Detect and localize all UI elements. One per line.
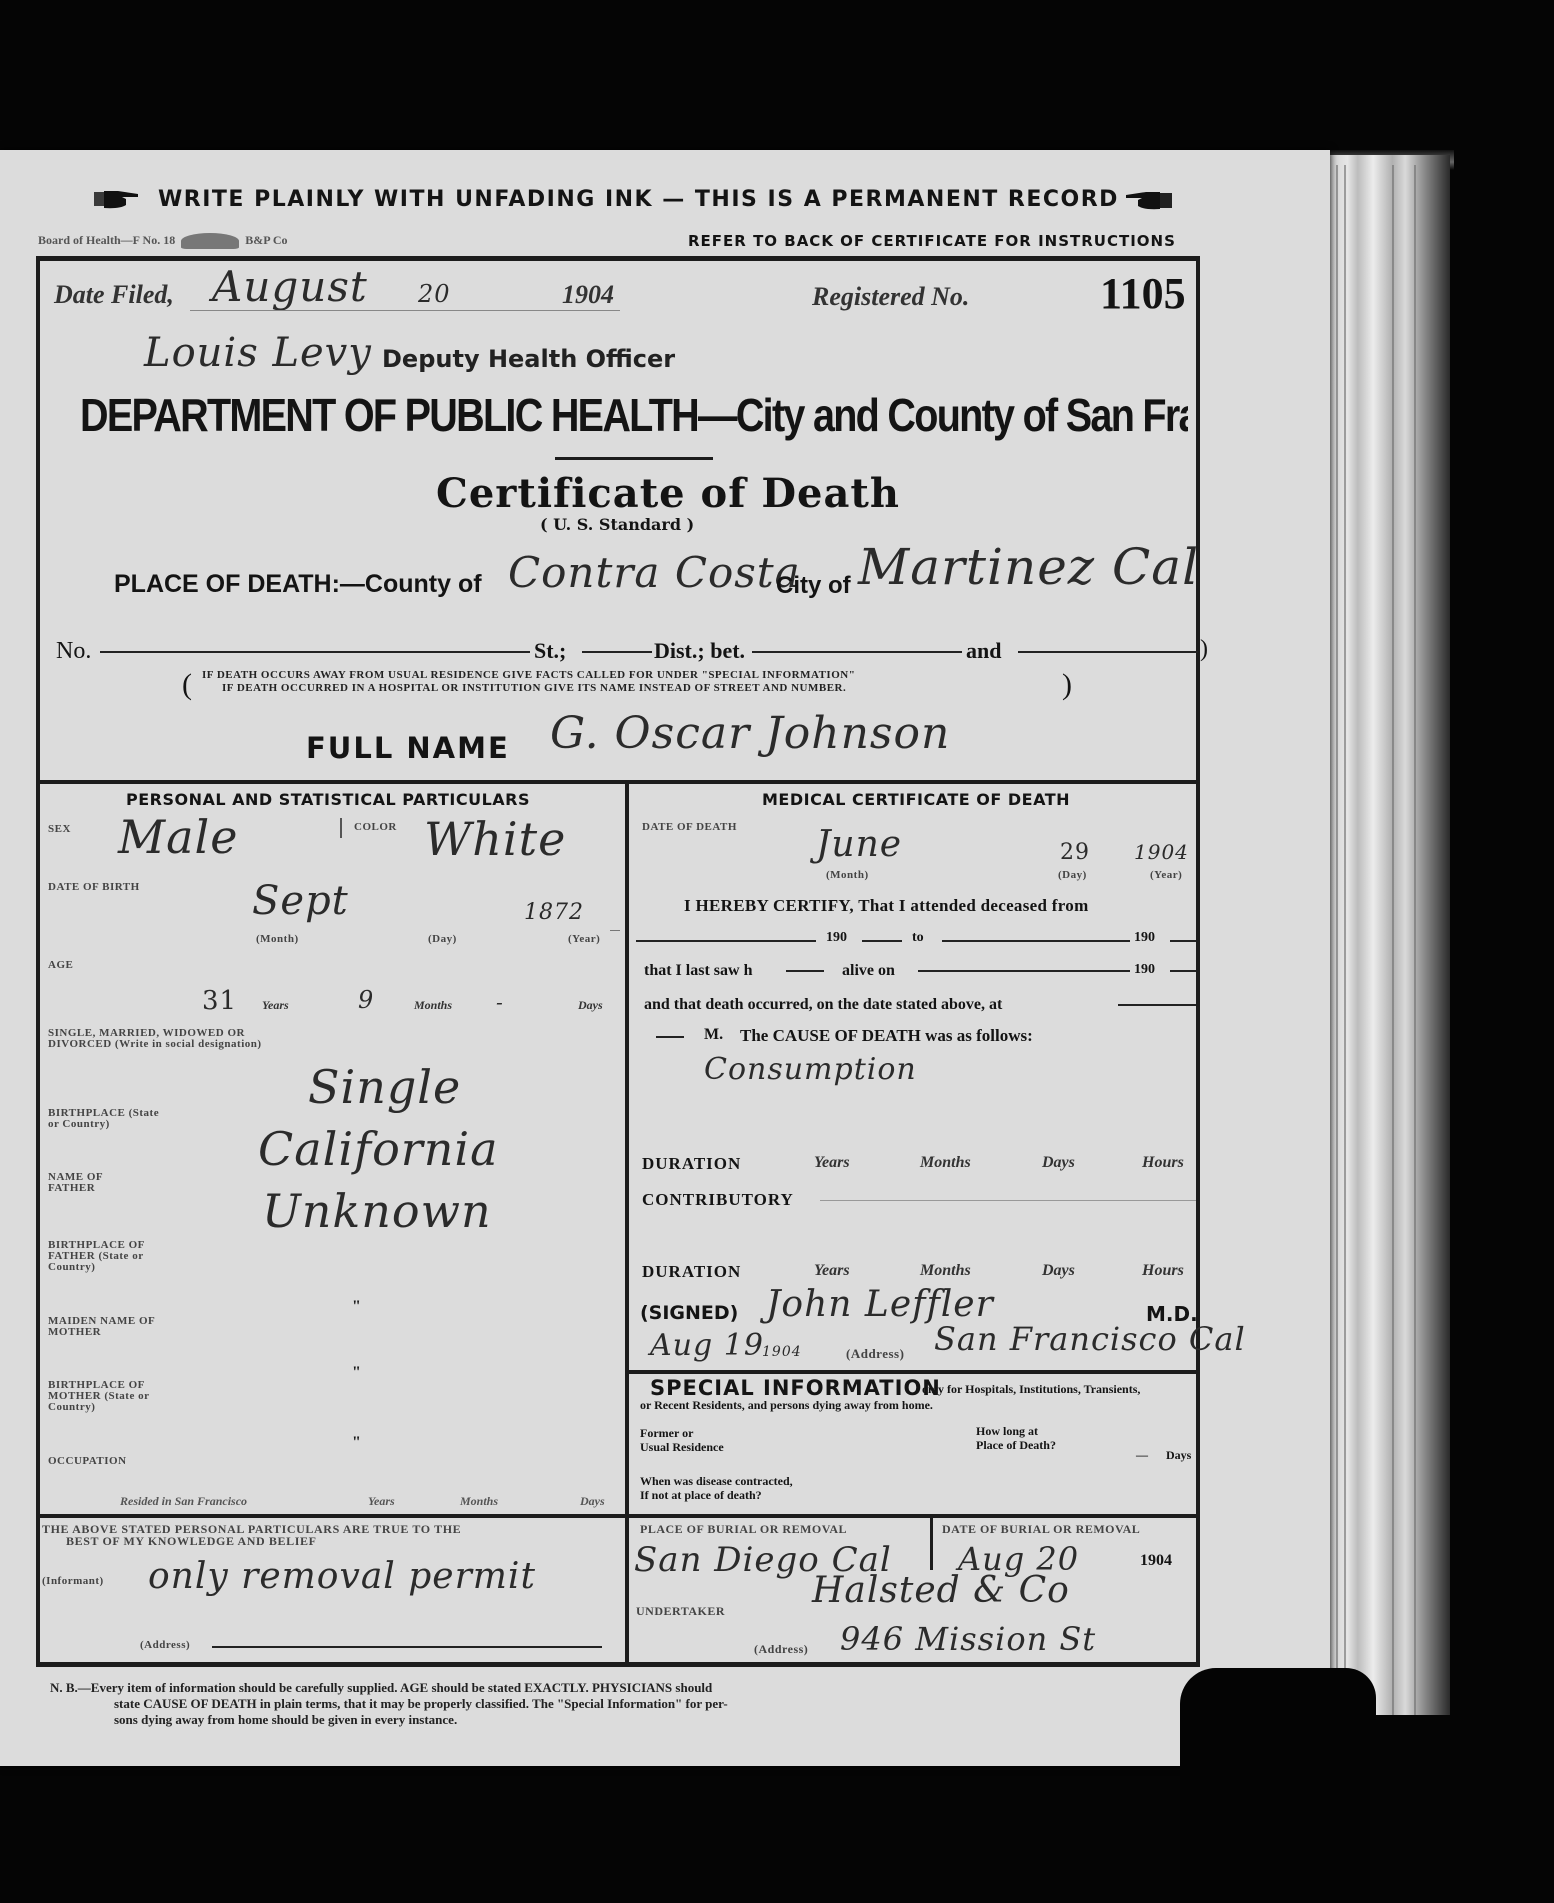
burial-divider	[930, 1514, 933, 1570]
banner-text: WRITE PLAINLY WITH UNFADING INK — THIS I…	[158, 187, 1119, 212]
marital-value: Single	[308, 1060, 461, 1114]
county-value: Contra Costa	[508, 548, 801, 597]
city-value: Martinez Cal	[858, 538, 1199, 596]
physician-signature: John Leffler	[766, 1284, 994, 1325]
duration2-days: Days	[1042, 1262, 1075, 1280]
duration2-months: Months	[920, 1262, 971, 1280]
physician-address: San Francisco Cal	[934, 1320, 1246, 1358]
father-label: NAME OF FATHER	[48, 1172, 128, 1194]
burial-place-label: PLACE OF BURIAL OR REMOVAL	[640, 1524, 847, 1535]
special-note2: or Recent Residents, and persons dying a…	[640, 1398, 933, 1413]
date-of-death-label: DATE OF DEATH	[642, 822, 737, 833]
color-value: White	[424, 812, 566, 866]
mother-birthplace-value: "	[352, 1364, 361, 1382]
birthplace-label: BIRTHPLACE (State or Country)	[48, 1108, 168, 1130]
duration2-hours: Hours	[1142, 1262, 1184, 1280]
father-value: Unknown	[262, 1184, 492, 1238]
age-months: 9	[358, 986, 374, 1014]
alive-190: 190	[1134, 962, 1155, 978]
paren-right: )	[1200, 636, 1208, 663]
special-heading: SPECIAL INFORMATION	[650, 1376, 941, 1400]
date-filed-month: August	[212, 262, 368, 311]
age-months-caption: Months	[414, 998, 452, 1013]
registered-no-label: Registered No.	[812, 282, 969, 312]
how-long-label: How long at Place of Death?	[976, 1424, 1056, 1452]
days-label: Days	[1166, 1448, 1191, 1463]
registered-no: 1105	[1100, 268, 1186, 319]
resided-days: Days	[580, 1494, 605, 1509]
alive-on-text: alive on	[842, 962, 895, 980]
medical-heading: MEDICAL CERTIFICATE OF DEATH	[762, 790, 1070, 809]
date-filed-day: 20	[418, 280, 451, 308]
contributory-label: CONTRIBUTORY	[642, 1190, 794, 1210]
date-filed-label: Date Filed,	[54, 280, 174, 310]
full-name-label: FULL NAME	[306, 731, 510, 765]
burial-rule	[629, 1514, 1197, 1518]
attest-line2: BEST OF MY KNOWLEDGE AND BELIEF	[66, 1536, 317, 1547]
city-label: City of	[776, 572, 851, 600]
duration2-label: DURATION	[642, 1262, 741, 1282]
age-label: AGE	[48, 960, 73, 971]
occupation-value: "	[352, 1434, 361, 1452]
father-birthplace-label: BIRTHPLACE OF FATHER (State or Country)	[48, 1240, 168, 1273]
undertaker-address: 946 Mission St	[840, 1620, 1096, 1658]
informant-address-label: (Address)	[140, 1640, 190, 1651]
age-days-caption: Days	[578, 998, 603, 1013]
dob-year: 1872	[524, 900, 584, 925]
signed-label: (SIGNED)	[640, 1302, 738, 1324]
death-month-caption: (Month)	[826, 870, 869, 881]
dob-month-caption: (Month)	[256, 934, 299, 945]
color-label: COLOR	[354, 822, 397, 833]
dob-day-caption: (Day)	[428, 934, 457, 945]
marital-label: SINGLE, MARRIED, WIDOWED OR DIVORCED (Wr…	[48, 1028, 268, 1050]
cause-value: Consumption	[704, 1052, 917, 1087]
residence-note-line1: IF DEATH OCCURS AWAY FROM USUAL RESIDENC…	[202, 670, 855, 681]
undertaker-label: UNDERTAKER	[636, 1606, 725, 1617]
cause-label: The CAUSE OF DEATH was as follows:	[740, 1026, 1033, 1046]
officer-signature: Louis Levy	[144, 330, 372, 376]
dark-background	[1370, 1720, 1554, 1903]
place-of-death-label: PLACE OF DEATH:—County of	[114, 570, 482, 599]
death-year-caption: (Year)	[1150, 870, 1182, 881]
burial-year: 1904	[1140, 1552, 1172, 1570]
street-label: St.;	[534, 638, 566, 664]
officer-title: Deputy Health Officer	[382, 345, 675, 373]
former-residence-label: Former or Usual Residence	[640, 1426, 724, 1454]
department-heading: DEPARTMENT OF PUBLIC HEALTH—City and Cou…	[80, 388, 1188, 442]
pointing-hand-right-icon	[92, 188, 142, 210]
mother-birthplace-label: BIRTHPLACE OF MOTHER (State or Country)	[48, 1380, 168, 1413]
and-label: and	[966, 638, 1001, 664]
special-rule	[629, 1370, 1197, 1374]
death-month: June	[816, 824, 902, 865]
age-years-caption: Years	[262, 998, 289, 1013]
dob-month: Sept	[252, 878, 349, 924]
undertaker-value: Halsted & Co	[812, 1570, 1070, 1611]
color-separator	[340, 818, 342, 838]
from-190: 190	[826, 930, 847, 946]
frame-top	[36, 256, 1200, 261]
certificate-title: Certificate of Death	[436, 470, 900, 517]
duration-months: Months	[920, 1154, 971, 1172]
thumb-holding-page	[1180, 1668, 1376, 1903]
death-year: 1904	[1134, 840, 1189, 864]
m-label: M.	[704, 1026, 723, 1044]
informant-label: (Informant)	[42, 1576, 104, 1587]
burial-date-label: DATE OF BURIAL OR REMOVAL	[942, 1524, 1140, 1535]
column-divider	[625, 780, 629, 1664]
death-day-caption: (Day)	[1058, 870, 1087, 881]
occupation-label: OCCUPATION	[48, 1456, 127, 1467]
last-saw-text: that I last saw h	[644, 962, 752, 980]
mother-maiden-label: MAIDEN NAME OF MOTHER	[48, 1316, 168, 1338]
resided-months: Months	[460, 1494, 498, 1509]
informant-address-line	[212, 1646, 602, 1648]
sex-value: Male	[118, 810, 238, 864]
resided-label: Resided in San Francisco	[120, 1494, 247, 1509]
duration-days: Days	[1042, 1154, 1075, 1172]
personal-heading: PERSONAL AND STATISTICAL PARTICULARS	[126, 790, 530, 809]
to-label: to	[912, 930, 924, 946]
attest-rule	[36, 1514, 626, 1518]
age-years: 31	[202, 986, 237, 1016]
duration-years: Years	[814, 1154, 850, 1172]
frame-left	[36, 256, 40, 1666]
undertaker-address-label: (Address)	[754, 1644, 808, 1655]
frame-bottom	[36, 1662, 1200, 1667]
street-no-label: No.	[56, 638, 91, 665]
full-name-value: G. Oscar Johnson	[550, 708, 950, 759]
informant-value: only removal permit	[148, 1556, 536, 1597]
section-rule	[36, 780, 1200, 784]
residence-note-line2: IF DEATH OCCURRED IN A HOSPITAL OR INSTI…	[222, 683, 846, 694]
paren-note-right: )	[1062, 668, 1072, 702]
death-day: 29	[1060, 840, 1090, 865]
date-filed-year: 1904	[562, 280, 614, 310]
book-page-edges	[1322, 155, 1450, 1715]
title-rule	[555, 457, 713, 460]
age-days: -	[496, 990, 504, 1014]
contracted-label: When was disease contracted, If not at p…	[640, 1474, 793, 1502]
duration-hours: Hours	[1142, 1154, 1184, 1172]
resided-years: Years	[368, 1494, 395, 1509]
duration2-years: Years	[814, 1262, 850, 1280]
instructions-note: REFER TO BACK OF CERTIFICATE FOR INSTRUC…	[688, 232, 1176, 250]
dob-label: DATE OF BIRTH	[48, 882, 140, 893]
signed-year: 1904	[762, 1344, 802, 1360]
frame-right	[1196, 256, 1200, 1666]
duration-label: DURATION	[642, 1154, 741, 1174]
birthplace-value: California	[258, 1122, 499, 1176]
mother-maiden-value: "	[352, 1298, 361, 1316]
signed-date: Aug 19	[650, 1328, 764, 1363]
dob-year-caption: (Year)	[568, 934, 600, 945]
how-long-value: —	[1136, 1448, 1148, 1463]
to-190: 190	[1134, 930, 1155, 946]
form-number: Board of Health—F No. 18 B&P Co	[38, 233, 288, 249]
paren-note-left: (	[182, 668, 192, 702]
special-note: only for Hospitals, Institutions, Transi…	[922, 1382, 1140, 1397]
certify-line: I HEREBY CERTIFY, That I attended deceas…	[684, 896, 1089, 916]
physician-address-label: (Address)	[846, 1348, 904, 1359]
pointing-hand-left-icon	[1122, 188, 1174, 212]
district-label: Dist.; bet.	[654, 638, 745, 664]
footnote: N. B.—Every item of information should b…	[50, 1680, 728, 1728]
sex-label: SEX	[48, 824, 71, 835]
occurred-text: and that death occurred, on the date sta…	[644, 996, 1002, 1014]
us-standard: ( U. S. Standard )	[540, 515, 694, 534]
printer-seal-icon	[181, 233, 239, 249]
